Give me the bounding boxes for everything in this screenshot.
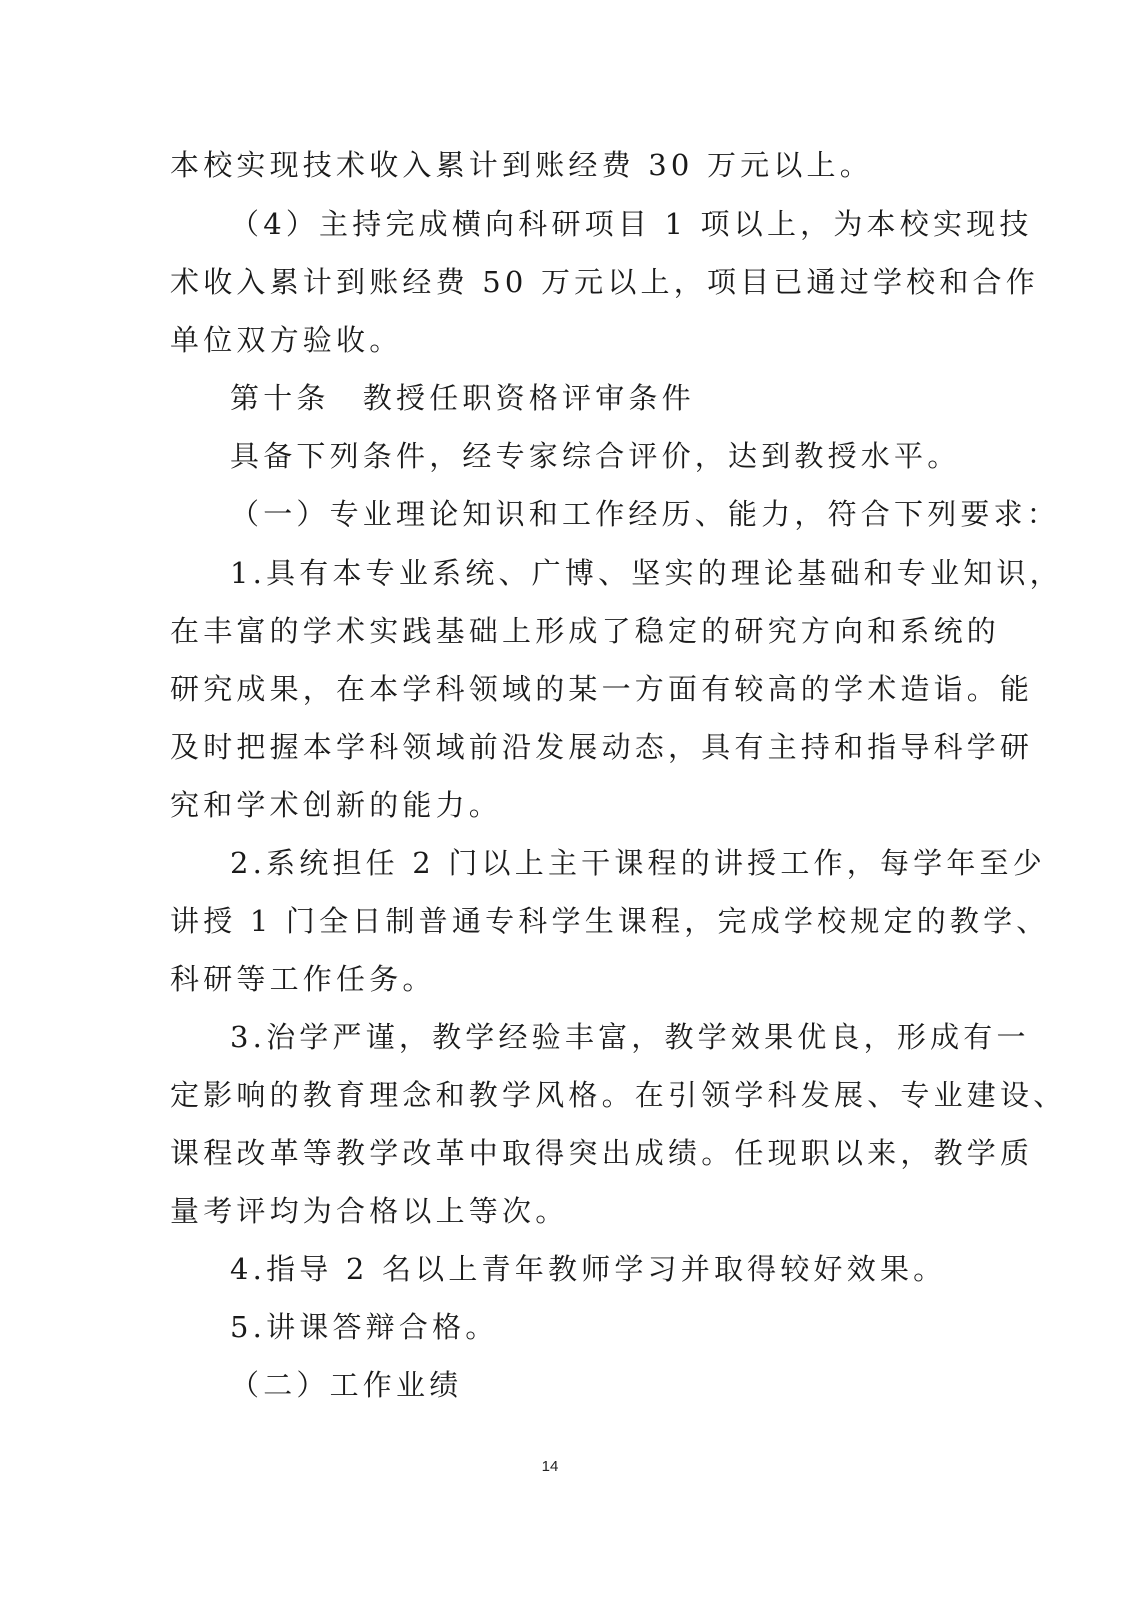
paragraph-line: 量考评均为合格以上等次。 bbox=[170, 1192, 950, 1230]
list-item-line: 3.治学严谨，教学经验丰富，教学效果优良，形成有一 bbox=[230, 1018, 1010, 1056]
list-item-line: 5.讲课答辩合格。 bbox=[230, 1308, 1010, 1346]
paragraph-line: 讲授 1 门全日制普通专科学生课程，完成学校规定的教学、 bbox=[170, 902, 950, 940]
subsection-heading: （二）工作业绩 bbox=[230, 1366, 1010, 1404]
paragraph-line: 及时把握本学科领域前沿发展动态，具有主持和指导科学研 bbox=[170, 728, 950, 766]
paragraph-line: 术收入累计到账经费 50 万元以上，项目已通过学校和合作 bbox=[170, 263, 950, 301]
paragraph-line: （4）主持完成横向科研项目 1 项以上，为本校实现技 bbox=[230, 205, 1010, 243]
page-number: 14 bbox=[0, 1458, 1100, 1475]
document-page: 本校实现技术收入累计到账经费 30 万元以上。 （4）主持完成横向科研项目 1 … bbox=[0, 0, 1132, 1600]
paragraph-line: 具备下列条件，经专家综合评价，达到教授水平。 bbox=[230, 437, 1010, 475]
paragraph-line: 定影响的教育理念和教学风格。在引领学科发展、专业建设、 bbox=[170, 1076, 950, 1114]
paragraph-line: 本校实现技术收入累计到账经费 30 万元以上。 bbox=[170, 146, 950, 184]
list-item-line: 1.具有本专业系统、广博、坚实的理论基础和专业知识， bbox=[230, 554, 1010, 592]
subsection-heading: （一）专业理论知识和工作经历、能力，符合下列要求： bbox=[230, 495, 1010, 533]
list-item-line: 2.系统担任 2 门以上主干课程的讲授工作，每学年至少 bbox=[230, 844, 1010, 882]
paragraph-line: 科研等工作任务。 bbox=[170, 960, 950, 998]
section-heading: 第十条 教授任职资格评审条件 bbox=[230, 379, 1010, 417]
paragraph-line: 单位双方验收。 bbox=[170, 321, 950, 359]
paragraph-line: 在丰富的学术实践基础上形成了稳定的研究方向和系统的 bbox=[170, 612, 950, 650]
paragraph-line: 究和学术创新的能力。 bbox=[170, 786, 950, 824]
paragraph-line: 研究成果，在本学科领域的某一方面有较高的学术造诣。能 bbox=[170, 670, 950, 708]
list-item-line: 4.指导 2 名以上青年教师学习并取得较好效果。 bbox=[230, 1250, 1010, 1288]
paragraph-line: 课程改革等教学改革中取得突出成绩。任现职以来，教学质 bbox=[170, 1134, 950, 1172]
